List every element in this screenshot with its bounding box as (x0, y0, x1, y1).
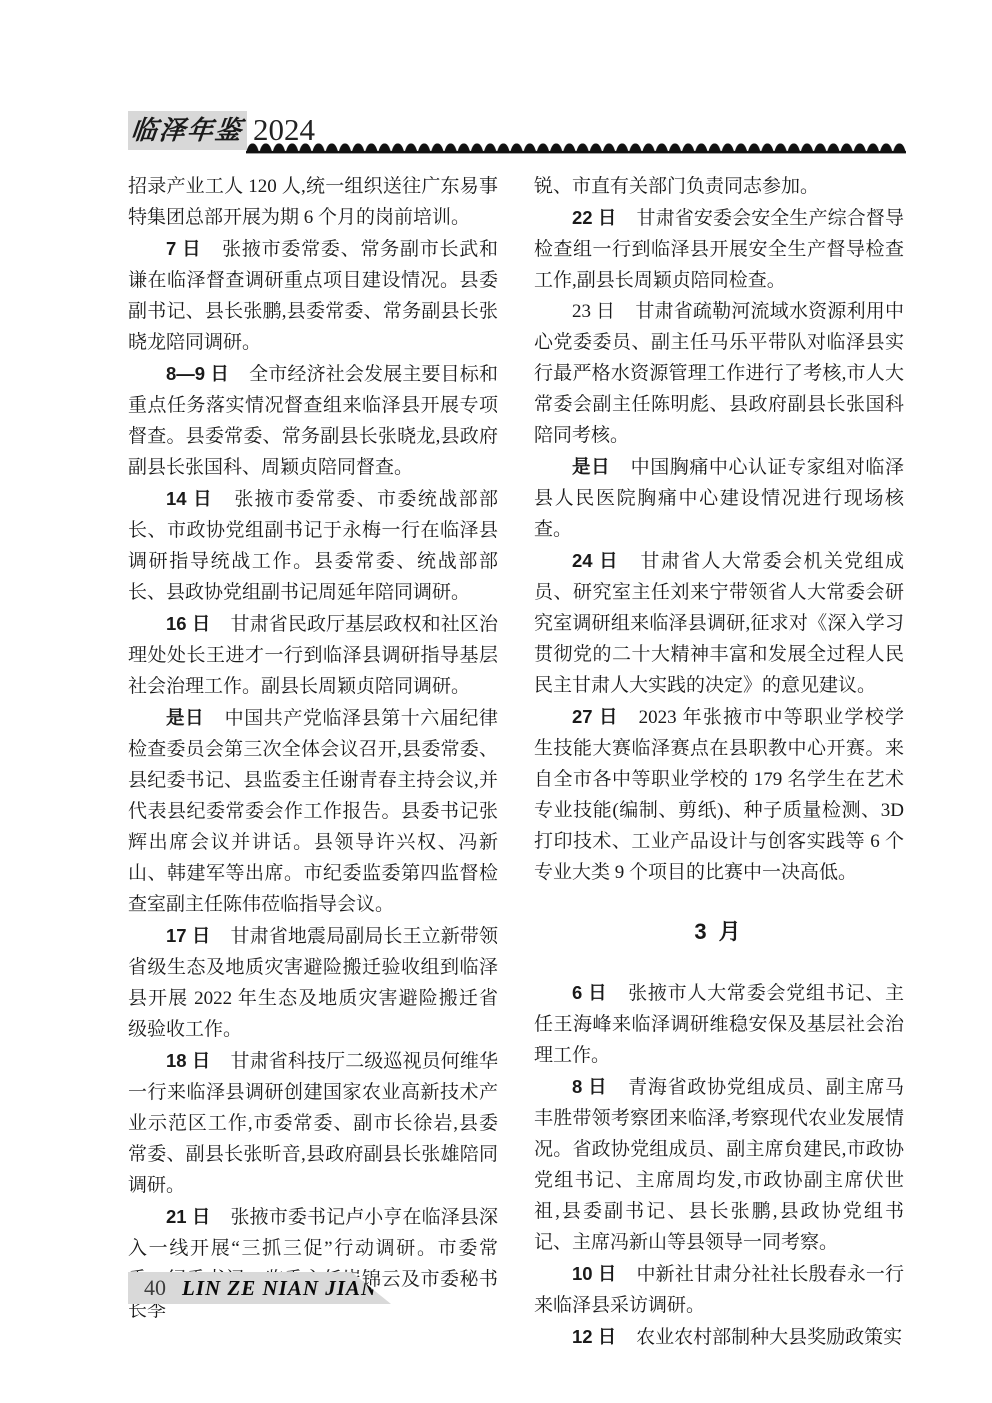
entry-date-label: 14 日 (166, 488, 213, 509)
entry-date-label: 10 日 (572, 1263, 616, 1284)
zigzag-rule-decoration (246, 141, 906, 155)
entry-date-label: 22 日 (572, 207, 616, 228)
entry-date-label: 17 日 (166, 925, 210, 946)
continuation-paragraph: 招录产业工人 120 人,统一组织送往广东易事特集团总部开展为期 6 个月的岗前… (128, 171, 498, 233)
chronicle-entry: 10 日中新社甘肃分社社长殷春永一行来临泽县采访调研。 (534, 1258, 904, 1321)
chronicle-entry: 22 日甘肃省安委会安全生产综合督导检查组一行到临泽县开展安全生产督导检查工作,… (534, 202, 904, 296)
left-column: 招录产业工人 120 人,统一组织送往广东易事特集团总部开展为期 6 个月的岗前… (128, 171, 498, 1353)
page-header: 临泽年鉴 2024 (128, 110, 906, 156)
entry-text: 甘肃省人大常委会机关党组成员、研究室主任刘来宁带领省人大常委会研究室调研组来临泽… (534, 551, 904, 696)
right-column: 锐、市直有关部门负责同志参加。22 日甘肃省安委会安全生产综合督导检查组一行到临… (534, 171, 904, 1353)
entry-text: 中国共产党临泽县第十六届纪律检查委员会第三次全体会议召开,县委常委、县纪委书记、… (128, 708, 498, 915)
yearbook-logo-box: 临泽年鉴 (128, 111, 247, 150)
yearbook-logo-title: 临泽年鉴 (130, 118, 245, 144)
entry-date-label: 16 日 (166, 613, 210, 634)
entry-text: 青海省政协党组成员、副主席马丰胜带领考察团来临泽,考察现代农业发展情况。省政协党… (534, 1077, 904, 1253)
chronicle-entry: 14 日张掖市委常委、市委统战部部长、市政协党组副书记于永梅一行在临泽县调研指导… (128, 483, 498, 608)
chronicle-entry: 6 日张掖市人大常委会党组书记、主任王海峰来临泽调研维稳安保及基层社会治理工作。 (534, 977, 904, 1071)
page-number: 40 (144, 1275, 166, 1301)
entry-date-label: 8—9 日 (166, 363, 229, 384)
chronicle-entry: 是日中国共产党临泽县第十六届纪律检查委员会第三次全体会议召开,县委常委、县纪委书… (128, 702, 498, 920)
entry-date-label: 是日 (166, 707, 204, 728)
yearbook-page: 临泽年鉴 2024 招录产业工人 120 人,统一组织送往广东易事特集团总部开展… (0, 0, 992, 1403)
entry-date-label: 23 日 (572, 301, 615, 322)
chronicle-entry: 12 日农业农村部制种大县奖励政策实 (534, 1321, 904, 1353)
entry-date-label: 12 日 (572, 1326, 616, 1347)
chronicle-entry: 23 日甘肃省疏勒河流域水资源利用中心党委委员、副主任马乐平带队对临泽县实行最严… (534, 296, 904, 451)
entry-date-label: 27 日 (572, 706, 619, 727)
chronicle-entry: 21 日张掖市委书记卢小亨在临泽县深入一线开展“三抓三促”行动调研。市委常委、纪… (128, 1201, 498, 1326)
entry-text: 农业农村部制种大县奖励政策实 (636, 1327, 902, 1348)
entry-date-label: 6 日 (572, 982, 607, 1003)
entry-text: 锐、市直有关部门负责同志参加。 (534, 176, 819, 197)
continuation-paragraph: 锐、市直有关部门负责同志参加。 (534, 171, 904, 202)
two-column-body: 招录产业工人 120 人,统一组织送往广东易事特集团总部开展为期 6 个月的岗前… (128, 171, 904, 1353)
chronicle-entry: 8 日青海省政协党组成员、副主席马丰胜带领考察团来临泽,考察现代农业发展情况。省… (534, 1071, 904, 1258)
chronicle-entry: 18 日甘肃省科技厅二级巡视员何维华一行来临泽县调研创建国家农业高新技术产业示范… (128, 1045, 498, 1201)
chronicle-entry: 是日中国胸痛中心认证专家组对临泽县人民医院胸痛中心建设情况进行现场核查。 (534, 451, 904, 545)
chronicle-entry: 16 日甘肃省民政厅基层政权和社区治理处处长王进才一行到临泽县调研指导基层社会治… (128, 608, 498, 702)
entry-date-label: 24 日 (572, 550, 619, 571)
month-heading: 3 月 (534, 916, 904, 947)
entry-date-label: 8 日 (572, 1076, 607, 1097)
chronicle-entry: 8—9 日全市经济社会发展主要目标和重点任务落实情况督查组来临泽县开展专项督查。… (128, 358, 498, 483)
chronicle-entry: 17 日甘肃省地震局副局长王立新带领省级生态及地质灾害避险搬迁验收组到临泽县开展… (128, 920, 498, 1045)
chronicle-entry: 27 日2023 年张掖市中等职业学校学生技能大赛临泽赛点在县职教中心开赛。来自… (534, 701, 904, 888)
entry-text: 甘肃省科技厅二级巡视员何维华一行来临泽县调研创建国家农业高新技术产业示范区工作,… (128, 1051, 498, 1196)
footer-title: LIN ZE NIAN JIAN (182, 1276, 377, 1301)
entry-date-label: 是日 (572, 456, 610, 477)
entry-date-label: 21 日 (166, 1206, 210, 1227)
entry-text: 甘肃省疏勒河流域水资源利用中心党委委员、副主任马乐平带队对临泽县实行最严格水资源… (534, 301, 904, 446)
entry-text: 2023 年张掖市中等职业学校学生技能大赛临泽赛点在县职教中心开赛。来自全市各中… (534, 707, 904, 883)
entry-text: 招录产业工人 120 人,统一组织送往广东易事特集团总部开展为期 6 个月的岗前… (128, 176, 498, 228)
chronicle-entry: 7 日张掖市委常委、常务副市长武和谦在临泽督查调研重点项目建设情况。县委副书记、… (128, 233, 498, 358)
chronicle-entry: 24 日甘肃省人大常委会机关党组成员、研究室主任刘来宁带领省人大常委会研究室调研… (534, 545, 904, 701)
entry-date-label: 18 日 (166, 1050, 210, 1071)
footer-ribbon: 40 LIN ZE NIAN JIAN (128, 1272, 391, 1304)
entry-date-label: 7 日 (166, 238, 201, 259)
